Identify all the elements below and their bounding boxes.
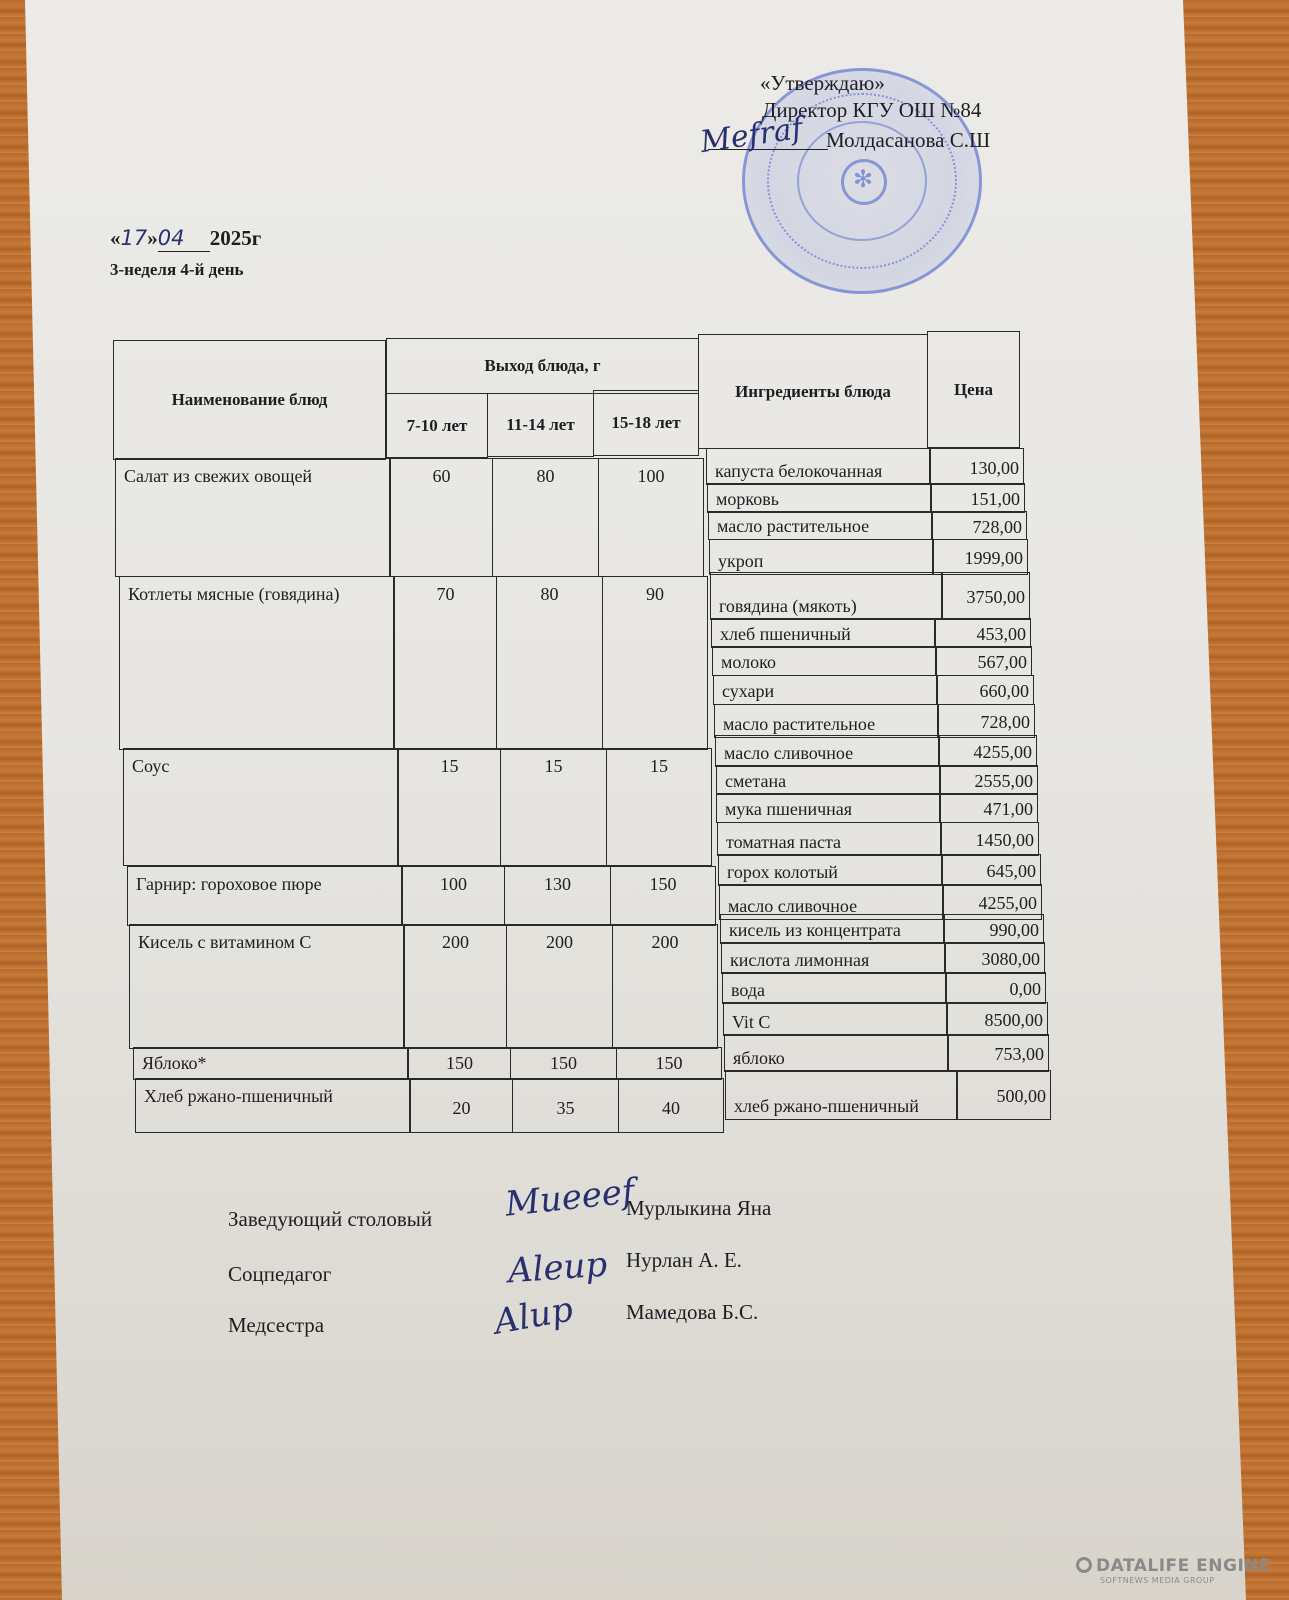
ingredient-name-cell: томатная паста (717, 822, 941, 856)
ingredient-price-cell: 728,00 (938, 704, 1035, 738)
dish-name-cell: Соус (123, 748, 398, 866)
ingredient-name-cell: кислота лимонная (721, 942, 945, 974)
ingredient-price-cell: 0,00 (946, 972, 1046, 1004)
ingredient-price-cell: 453,00 (935, 618, 1031, 648)
ingredient-price-cell: 728,00 (932, 511, 1027, 540)
yield-cell-7-10: 100 (402, 866, 505, 926)
ingredient-price-cell: 151,00 (931, 483, 1025, 513)
yield-cell-11-14: 130 (504, 866, 611, 926)
date-open-quote: « (110, 226, 121, 250)
dish-name-cell: Гарнир: гороховое пюре (127, 866, 402, 926)
ingredient-name-cell: молоко (712, 646, 936, 676)
datalife-logo-icon (1076, 1557, 1092, 1573)
ingredient-name-cell: горох колотый (718, 854, 942, 886)
ingredient-name-cell: масло сливочное (715, 735, 939, 767)
ingredient-price-cell: 500,00 (957, 1070, 1051, 1120)
header-dish-name: Наименование блюд (113, 340, 386, 460)
yield-cell-15-18: 15 (606, 748, 712, 866)
yield-cell-7-10: 60 (390, 458, 493, 577)
ingredient-name-cell: сметана (716, 765, 940, 795)
ingredient-name-cell: масло растительное (714, 704, 938, 738)
yield-cell-15-18: 200 (612, 924, 718, 1049)
yield-cell-11-14: 200 (506, 924, 613, 1049)
ingredient-name-cell: хлеб пшеничный (711, 618, 935, 648)
date-month: 04 (158, 226, 185, 250)
ingredient-price-cell: 130,00 (930, 448, 1024, 485)
yield-cell-7-10: 70 (394, 576, 497, 750)
watermark-title: DATALIFE ENGINE (1096, 1556, 1271, 1576)
watermark: DATALIFE ENGINE SOFTNEWS MEDIA GROUP (1076, 1556, 1271, 1585)
staff-name: Мамедова Б.С. (626, 1300, 758, 1325)
yield-cell-11-14: 15 (500, 748, 607, 866)
ingredient-price-cell: 2555,00 (940, 765, 1038, 795)
ingredient-name-cell: кисель из концентрата (720, 914, 944, 944)
ingredient-price-cell: 567,00 (936, 646, 1032, 676)
ingredient-price-cell: 471,00 (940, 793, 1038, 823)
ingredient-price-cell: 660,00 (937, 675, 1034, 705)
ingredient-price-cell: 4255,00 (939, 735, 1037, 767)
header-ingredients: Ингредиенты блюда (698, 334, 928, 449)
header-age-11-14: 11-14 лет (487, 393, 594, 457)
dish-name-cell: Салат из свежих овощей (115, 458, 390, 577)
ingredient-price-cell: 3080,00 (945, 942, 1045, 974)
date-day: 17 (121, 226, 148, 250)
staff-role: Соцпедагог (228, 1262, 331, 1287)
yield-cell-11-14: 150 (510, 1047, 617, 1080)
yield-cell-7-10: 20 (410, 1078, 513, 1133)
dish-name-cell: Котлеты мясные (говядина) (119, 576, 394, 750)
document-date: «17»042025г (110, 226, 261, 252)
ingredient-price-cell: 3750,00 (942, 572, 1030, 620)
ingredient-name-cell: вода (722, 972, 946, 1004)
staff-role: Заведующий столовый (228, 1207, 432, 1232)
ingredient-name-cell: Vit C (723, 1002, 947, 1036)
yield-cell-11-14: 80 (492, 458, 599, 577)
dish-name-cell: Яблоко* (133, 1047, 408, 1080)
ingredient-name-cell: яблоко (724, 1034, 948, 1072)
header-price: Цена (927, 331, 1020, 448)
ingredient-name-cell: хлеб ржано-пшеничный (725, 1070, 957, 1120)
staff-name: Нурлан А. Е. (626, 1248, 742, 1273)
staff-signature: Aleup (507, 1245, 609, 1292)
ingredient-price-cell: 753,00 (948, 1034, 1049, 1072)
ingredient-price-cell: 645,00 (942, 854, 1041, 886)
ingredient-name-cell: масло растительное (708, 511, 932, 540)
header-age-15-18: 15-18 лет (593, 390, 699, 456)
yield-cell-15-18: 40 (618, 1078, 724, 1133)
ingredient-name-cell: укроп (709, 539, 933, 575)
yield-cell-11-14: 80 (496, 576, 603, 750)
yield-cell-15-18: 100 (598, 458, 704, 577)
date-month-underline: 04 (158, 226, 210, 252)
yield-cell-15-18: 150 (610, 866, 716, 926)
ingredient-price-cell: 8500,00 (947, 1002, 1048, 1036)
dish-name-cell: Кисель с витамином С (129, 924, 404, 1049)
header-yield: Выход блюда, г (386, 338, 699, 394)
ingredient-price-cell: 990,00 (944, 914, 1044, 944)
yield-cell-7-10: 200 (404, 924, 507, 1049)
yield-cell-7-10: 15 (398, 748, 501, 866)
ingredient-name-cell: говядина (мякоть) (710, 572, 942, 620)
ingredient-price-cell: 1450,00 (941, 822, 1039, 856)
date-close-quote: » (147, 226, 158, 250)
ingredient-name-cell: сухари (713, 675, 937, 705)
yield-cell-15-18: 90 (602, 576, 708, 750)
week-day-label: 3-неделя 4-й день (110, 260, 244, 280)
yield-cell-15-18: 150 (616, 1047, 722, 1080)
yield-cell-7-10: 150 (408, 1047, 511, 1080)
approval-title: «Утверждаю» (760, 70, 885, 96)
ingredient-price-cell: 1999,00 (933, 539, 1028, 575)
emblem-icon (841, 159, 887, 205)
dish-name-cell: Хлеб ржано-пшеничный (135, 1078, 410, 1133)
ingredient-name-cell: морковь (707, 483, 931, 513)
ingredient-name-cell: капуста белокочанная (706, 448, 930, 485)
staff-name: Мурлыкина Яна (626, 1196, 771, 1221)
watermark-subtitle: SOFTNEWS MEDIA GROUP (1100, 1576, 1271, 1585)
approval-director-name: Молдасанова С.Ш (826, 127, 990, 153)
ingredient-name-cell: мука пшеничная (716, 793, 940, 823)
header-age-7-10: 7-10 лет (386, 393, 488, 458)
staff-role: Медсестра (228, 1313, 324, 1338)
date-year: 2025г (210, 226, 262, 250)
yield-cell-11-14: 35 (512, 1078, 619, 1133)
